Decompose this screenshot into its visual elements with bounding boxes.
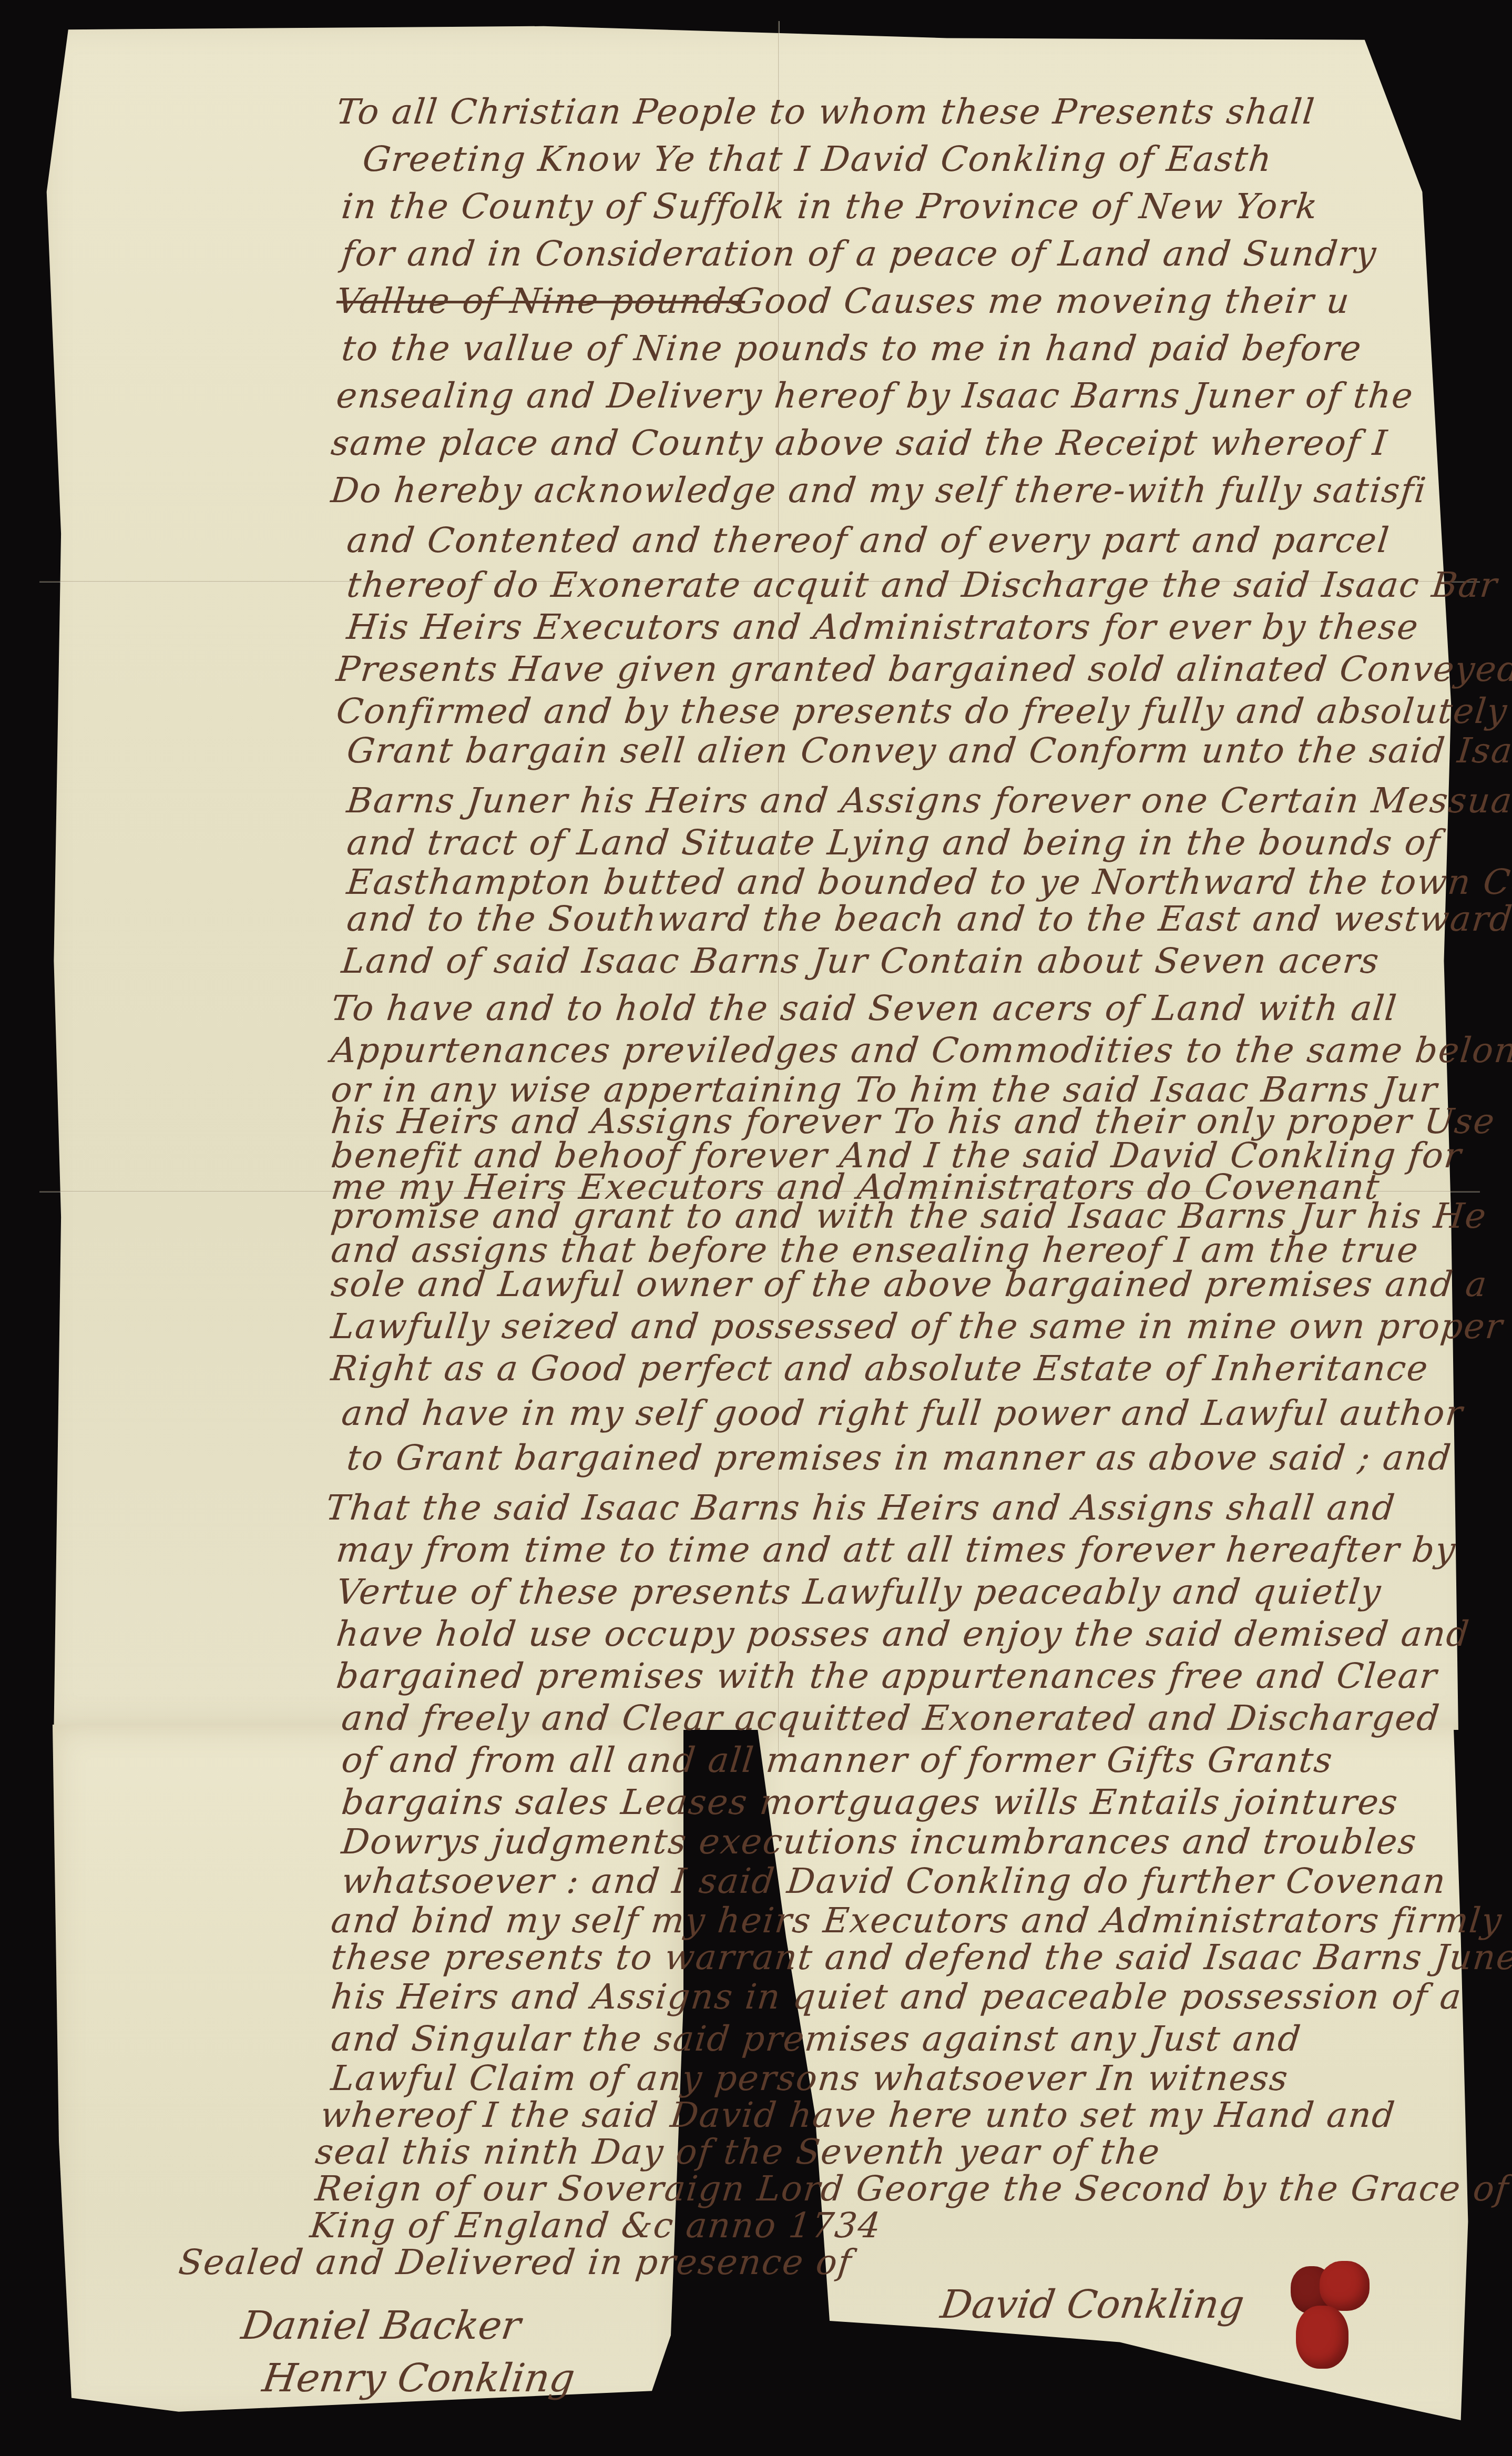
- deed-line: in the County of Suffolk in the Province…: [340, 189, 1320, 224]
- deed-line: and bind my self my heirs Executors and …: [330, 1903, 1504, 1938]
- deed-line: Presents Have given granted bargained so…: [335, 652, 1512, 687]
- deed-line: of and from all and all manner of former…: [340, 1743, 1335, 1778]
- deed-line: have hold use occupy posses and enjoy th…: [335, 1617, 1472, 1652]
- witness-signature: Daniel Backer: [239, 2303, 524, 2348]
- grantor-signature: David Conkling: [938, 2282, 1247, 2327]
- deed-line: and tract of Land Situate Lying and bein…: [345, 826, 1443, 860]
- deed-text: To all Christian People to whom these Pr…: [0, 0, 1512, 2456]
- deed-line: Grant bargain sell alien Convey and Conf…: [345, 733, 1512, 768]
- deed-line: To have and to hold the said Seven acers…: [330, 991, 1399, 1026]
- deed-line: same place and County above said the Rec…: [330, 426, 1390, 461]
- witness-signature: Henry Conkling: [260, 2356, 578, 2401]
- deed-line: bargained premises with the appurtenance…: [335, 1659, 1439, 1694]
- deed-line: and freely and Clear acquitted Exonerate…: [340, 1701, 1442, 1736]
- deed-line: Greeting Know Ye that I David Conkling o…: [361, 142, 1274, 177]
- deed-line: Confirmed and by these presents do freel…: [335, 694, 1512, 729]
- wax-seal-fragment: [1320, 2261, 1370, 2311]
- deed-line: Reign of our Soveraign Lord George the S…: [314, 2172, 1512, 2206]
- deed-line: bargains sales Leases mortguages wills E…: [340, 1785, 1401, 1820]
- deed-line: King of England &c anno 1734: [309, 2208, 883, 2243]
- deed-line: may from time to time and att all times …: [335, 1533, 1458, 1567]
- deed-line: To all Christian People to whom these Pr…: [335, 95, 1317, 129]
- deed-line: Vertue of these presents Lawfully peacea…: [335, 1575, 1384, 1609]
- attestation-clause: Sealed and Delivered in presence of: [177, 2245, 854, 2280]
- struck-through-text: Vallue of Nine pounds: [335, 284, 747, 319]
- deed-line: Easthampton butted and bounded to ye Nor…: [345, 865, 1512, 900]
- deed-line: and Contented and thereof and of every p…: [345, 523, 1392, 558]
- deed-line: to Grant bargained premises in manner as…: [345, 1441, 1454, 1475]
- deed-line: Lawful Claim of any persons whatsoever I…: [330, 2061, 1291, 2096]
- deed-line: to the vallue of Nine pounds to me in ha…: [340, 331, 1364, 366]
- deed-line: and to the Southward the beach and to th…: [345, 902, 1512, 936]
- deed-line: Appurtenances previledges and Commoditie…: [330, 1033, 1512, 1068]
- deed-line: That the said Isaac Barns his Heirs and …: [324, 1491, 1397, 1525]
- deed-line: whatsoever : and I said David Conkling d…: [340, 1864, 1448, 1899]
- wax-seal: [1291, 2261, 1370, 2371]
- deed-line: his Heirs and Assigns forever To his and…: [330, 1104, 1497, 1139]
- deed-line: whereof I the said David have here unto …: [319, 2098, 1397, 2133]
- deed-line: these presents to warrant and defend the…: [330, 1940, 1512, 1975]
- deed-line: promise and grant to and with the said I…: [330, 1199, 1489, 1234]
- deed-line: for and in Consideration of a peace of L…: [340, 237, 1379, 271]
- deed-line: His Heirs Executors and Administrators f…: [345, 610, 1421, 645]
- deed-line: Do hereby acknowledge and my self there-…: [330, 473, 1429, 508]
- deed-line: Lawfully seized and possessed of the sam…: [330, 1309, 1505, 1344]
- deed-line: Barns Juner his Heirs and Assigns foreve…: [345, 783, 1512, 818]
- deed-line: and Singular the said premises against a…: [330, 2022, 1303, 2056]
- deed-line: Good Causes me moveing their u: [734, 284, 1352, 319]
- deed-line: and have in my self good right full powe…: [340, 1396, 1465, 1431]
- deed-line: Right as a Good perfect and absolute Est…: [330, 1351, 1431, 1386]
- deed-line: seal this ninth Day of the Seventh year …: [314, 2135, 1162, 2169]
- deed-line: his Heirs and Assigns in quiet and peace…: [330, 1980, 1464, 2014]
- wax-seal-fragment: [1296, 2306, 1348, 2369]
- deed-line: Dowrys judgments executions incumbrances…: [340, 1825, 1419, 1859]
- deed-line: and assigns that before the ensealing he…: [330, 1233, 1421, 1268]
- deed-line: ensealing and Delivery hereof by Isaac B…: [335, 379, 1416, 413]
- deed-line: thereof do Exonerate acquit and Discharg…: [345, 568, 1500, 603]
- deed-line: sole and Lawful owner of the above barga…: [330, 1267, 1489, 1302]
- deed-line: Land of said Isaac Barns Jur Contain abo…: [340, 944, 1382, 979]
